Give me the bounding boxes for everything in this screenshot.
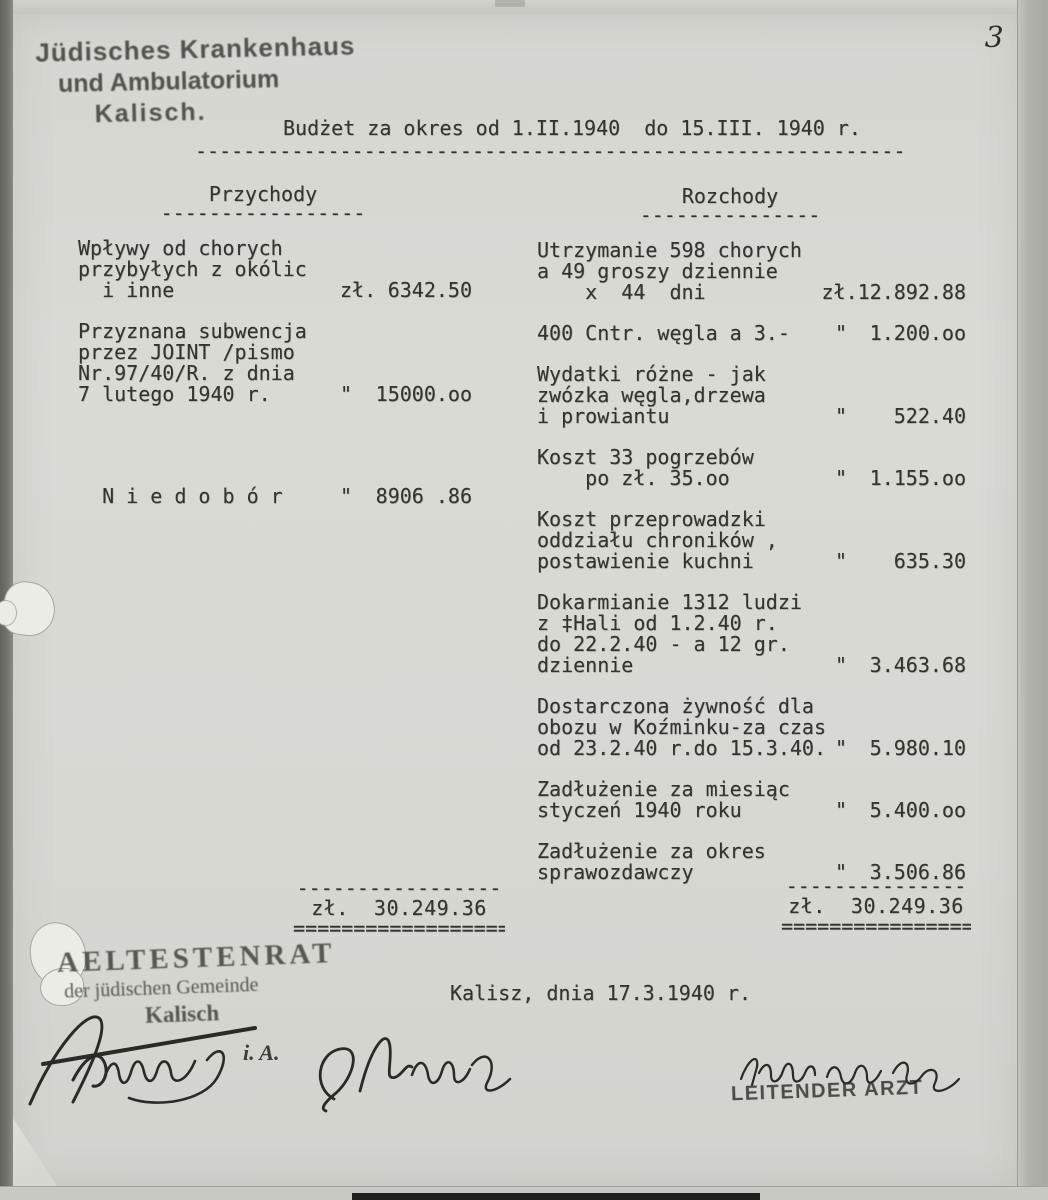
expenses-column: Utrzymanie 598 chorych a 49 groszy dzien… <box>537 240 966 903</box>
currency-mark: " <box>835 551 847 572</box>
place-date-line: Kalisz, dnia 17.3.1940 r. <box>450 983 751 1004</box>
currency-mark: " <box>835 738 847 759</box>
expenses-total: --------------- zł. 30.249.36 ==========… <box>781 878 971 935</box>
expense-item-period-debt: Zadłużenie za okres sprawozdawczy "3.506… <box>537 841 966 883</box>
expenses-header-underline: --------------- <box>638 207 822 224</box>
income-column-header: Przychody ----------------- <box>160 184 366 222</box>
income-total-dash: ----------------- <box>293 880 505 897</box>
item-description: Wpływy od chorych przybyłych z okólic i … <box>78 238 307 301</box>
currency-mark: " <box>340 384 352 405</box>
amount-value: 522.40 <box>894 406 966 427</box>
currency-mark: " <box>835 655 847 676</box>
expenses-total-amount: zł. 30.249.36 <box>781 895 971 918</box>
income-total: ----------------- zł. 30.249.36 ========… <box>293 880 505 937</box>
income-column: Wpływy od chorych przybyłych z okólic i … <box>78 238 472 527</box>
amount-value: 15000.oo <box>376 384 472 405</box>
income-item-patients: Wpływy od chorych przybyłych z okólic i … <box>78 238 472 301</box>
currency-mark: " <box>835 323 847 344</box>
expenses-header-label: Rozchody <box>638 186 822 207</box>
expense-item-funerals: Koszt 33 pogrzebów po zł. 35.oo "1.155.o… <box>537 447 966 489</box>
document-title: Budżet za okres od 1.II.1940 do 15.III. … <box>283 118 861 139</box>
income-total-double-rule: ================== <box>293 920 505 937</box>
expense-item-patient-upkeep: Utrzymanie 598 chorych a 49 groszy dzien… <box>537 240 966 303</box>
scan-artifact-notch <box>495 0 525 7</box>
currency-mark: " <box>835 468 847 489</box>
amount-value: 5.980.10 <box>870 738 966 759</box>
currency-mark: " <box>835 800 847 821</box>
item-description: Zadłużenie za miesiąc styczeń 1940 roku <box>537 779 790 821</box>
item-description: Zadłużenie za okres sprawozdawczy <box>537 841 766 883</box>
item-description: Dostarczona żywność dla obozu w Koźminku… <box>537 696 826 759</box>
item-description: Koszt 33 pogrzebów po zł. 35.oo <box>537 447 754 489</box>
currency-mark: " <box>340 486 352 507</box>
item-description: Wydatki różne - jak zwózka węgla,drzewa … <box>537 364 766 427</box>
currency-mark: zł. <box>340 280 376 301</box>
expense-item-camp-food: Dostarczona żywność dla obozu w Koźminku… <box>537 696 966 759</box>
scan-artifact-bar <box>352 1193 760 1200</box>
amount-value: 12.892.88 <box>858 282 966 303</box>
scan-edge-right <box>1017 0 1048 1200</box>
item-description: Koszt przeprowadzki oddziału chroników ,… <box>537 509 778 572</box>
amount-value: 1.200.oo <box>870 323 966 344</box>
hospital-stamp-line1: Jüdisches Krankenhaus <box>35 30 356 68</box>
item-description: Dokarmianie 1312 ludzi z ‡Hali od 1.2.40… <box>537 592 802 676</box>
item-description: Utrzymanie 598 chorych a 49 groszy dzien… <box>537 240 802 303</box>
income-header-underline: ----------------- <box>160 205 366 222</box>
item-description: N i e d o b ó r <box>78 486 283 507</box>
signature-head-doctor <box>733 1035 978 1105</box>
hospital-stamp-line2: und Ambulatorium <box>58 63 357 99</box>
expense-item-january-debt: Zadłużenie za miesiąc styczeń 1940 roku … <box>537 779 966 821</box>
currency-mark: zł. <box>822 282 858 303</box>
signature-chairman <box>25 1002 325 1112</box>
amount-value: 6342.50 <box>388 280 472 301</box>
amount-value: 1.155.oo <box>870 468 966 489</box>
expense-item-relocation: Koszt przeprowadzki oddziału chroników ,… <box>537 509 966 572</box>
income-item-deficit: N i e d o b ó r "8906 .86 <box>78 486 472 507</box>
expense-item-misc: Wydatki różne - jak zwózka węgla,drzewa … <box>537 364 966 427</box>
signature-secretary <box>300 1015 520 1115</box>
expense-item-feeding: Dokarmianie 1312 ludzi z ‡Hali od 1.2.40… <box>537 592 966 676</box>
expense-item-coal: 400 Cntr. węgla a 3.- "1.200.oo <box>537 323 966 344</box>
amount-value: 635.30 <box>894 551 966 572</box>
amount-value: 8906 .86 <box>376 486 472 507</box>
item-description: Przyznana subwencja przez JOINT /pismo N… <box>78 321 307 405</box>
income-total-amount: zł. 30.249.36 <box>293 897 505 920</box>
currency-mark: " <box>835 406 847 427</box>
item-description: 400 Cntr. węgla a 3.- <box>537 323 790 344</box>
expenses-total-dash: --------------- <box>781 878 971 895</box>
income-item-joint-subsidy: Przyznana subwencja przez JOINT /pismo N… <box>78 321 472 405</box>
income-header-label: Przychody <box>160 184 366 205</box>
expenses-column-header: Rozchody --------------- <box>638 186 822 224</box>
amount-value: 5.400.oo <box>870 800 966 821</box>
expenses-total-double-rule: ================ <box>781 918 971 935</box>
amount-value: 3.463.68 <box>870 655 966 676</box>
page-number: 3 <box>984 20 1004 55</box>
title-underline: ----------------------------------------… <box>195 141 909 162</box>
document-scan: 3 Jüdisches Krankenhaus und Ambulatorium… <box>0 0 1048 1200</box>
